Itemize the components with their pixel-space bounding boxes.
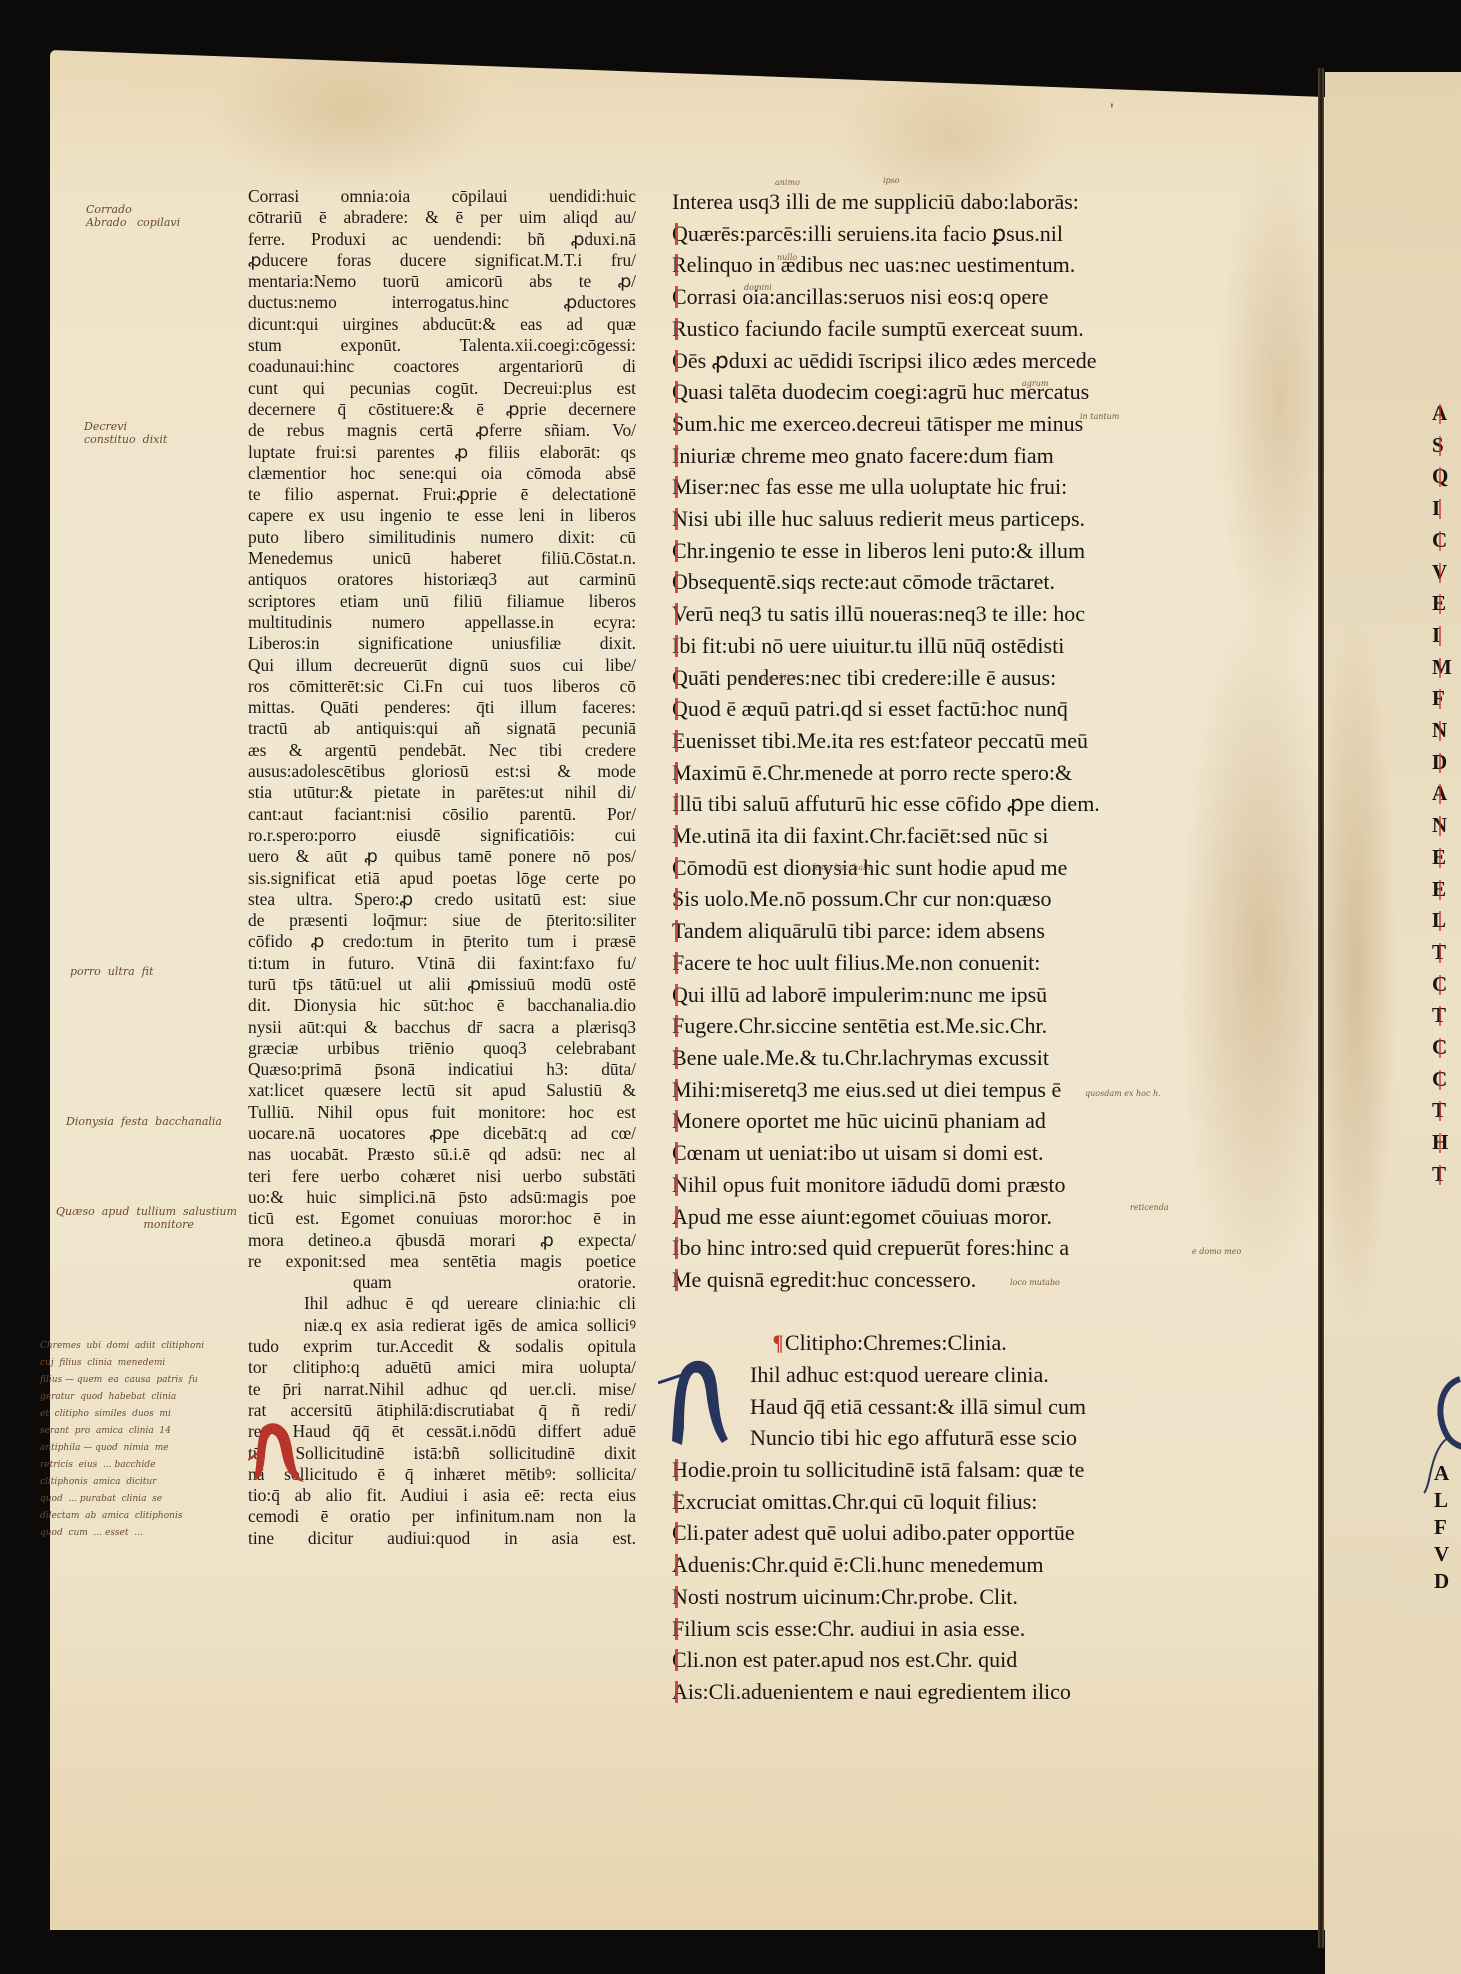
verse-line: Illū tibi saluū affuturū hic esse cōfido… [672, 788, 1192, 820]
rubrication-stroke [675, 1269, 678, 1291]
right-page-line-initial: L [1432, 905, 1461, 937]
verse-line: Monere oportet me hūc uicinū phaniam ad [672, 1105, 1192, 1137]
verse-text: Maximū ē.Chr.menede at porro recte spero… [672, 760, 1072, 785]
commentary-line: mentaria:Nemo tuorū amicorū abs te ꝓ/ [248, 271, 636, 292]
rubrication-stroke [675, 381, 678, 403]
rubrication-stroke [675, 286, 678, 308]
verse-line: Ais:Cli.aduenientem e naui egredientem i… [672, 1676, 1192, 1708]
commentary-line: Corrasi omnia:oia cōpilaui uendidi:huic [248, 186, 636, 207]
commentary-line: dit. Dionysia hic sūt:hoc ē bacchanalia.… [248, 995, 636, 1016]
rubrication-stroke [675, 1110, 678, 1132]
verse-line: Chr.ingenio te esse in liberos leni puto… [672, 535, 1192, 567]
commentary-line: uero & aūt ꝓ quibus tamē ponere nō pos/ [248, 846, 636, 867]
verse-text: Verū neq3 tu satis illū noueras:neq3 te … [672, 601, 1085, 626]
interlinear-gloss: loco mutabo [1010, 1278, 1060, 1287]
right-page-line-initial: A [1432, 778, 1461, 810]
rubrication-stroke [675, 1015, 678, 1037]
commentary-line: cemodi ē oratio per infinitum.nam non la [248, 1506, 636, 1527]
commentary-line: decernere q̄ cōstituere:& ē ꝓprie decern… [248, 399, 636, 420]
rubrication-stroke [675, 762, 678, 784]
right-page-line-initial: D [1434, 1568, 1461, 1595]
interlinear-gloss: in tantum [1080, 412, 1119, 421]
right-page-line-initial: L [1434, 1487, 1461, 1514]
verse-text: Apud me esse aiunt:egomet cōuiuas moror. [672, 1204, 1052, 1229]
verse-line: Interea usq3 illi de me suppliciū dabo:l… [672, 186, 1192, 218]
verse-line: Hodie.proin tu sollicitudinē istā falsam… [672, 1454, 1192, 1486]
rubrication-stroke [675, 1206, 678, 1228]
rubrication-stroke [675, 508, 678, 530]
right-page-line-initial: T [1432, 937, 1461, 969]
verse-text: Illū tibi saluū affuturū hic esse cōfido… [672, 791, 1100, 816]
verse-text: Ibo hinc intro:sed quid crepuerūt fores:… [672, 1235, 1069, 1260]
rubrication-stroke [675, 793, 678, 815]
commentary-line: de rebus magnis certā ꝓferre sñiam. Vo/ [248, 420, 636, 441]
commentary-line: niæ.q ex asia redierat igēs de amica sol… [248, 1315, 636, 1336]
commentary-line: mora detineo.a q̄busdā morari ꝓ expecta/ [248, 1230, 636, 1251]
commentary-line: clæmentior hoc sene:qui oia cōmoda absē [248, 463, 636, 484]
right-page-line-initial: E [1432, 842, 1461, 874]
commentary-line: uocare.nā uocatores ꝓpe dicebāt:q ad cœ/ [248, 1123, 636, 1144]
right-page-line-initial: A [1434, 1460, 1461, 1487]
commentary-line: tū: Sollicitudinē istā:bñ sollicitudinē … [248, 1443, 636, 1464]
rubrication-stroke [675, 1554, 678, 1576]
right-page-line-initial: N [1432, 810, 1461, 842]
verse-text: Bene uale.Me.& tu.Chr.lachrymas excussit [672, 1045, 1049, 1070]
right-page-line-initial: C [1432, 525, 1461, 557]
verse-line: Fugere.Chr.siccine sentētia est.Me.sic.C… [672, 1010, 1192, 1042]
verse-line: Me.utinā ita dii faxint.Chr.faciēt:sed n… [672, 820, 1192, 852]
verse-text: Qui illū ad laborē impulerim:nunc me ips… [672, 982, 1047, 1007]
marginal-note: Chremes ubi domi adiit clitiphoni cuj fi… [40, 1338, 204, 1542]
verse-line: Facere te hoc uult filius.Me.non conueni… [672, 947, 1192, 979]
commentary-line: Qui illum decreuerūt dignū suos cui libe… [248, 655, 636, 676]
verse-line: Nuncio tibi hic ego affuturā esse scio [672, 1422, 1192, 1454]
verse-text: Quāti penderes:nec tibi credere:ille ē a… [672, 665, 1056, 690]
verse-line: Sis uolo.Me.nō possum.Chr cur non:quæso [672, 883, 1192, 915]
rubrication-stroke [675, 571, 678, 593]
verse-line: Ibi fit:ubi nō uere uiuitur.tu illū nūq̄… [672, 630, 1192, 662]
verse-line: Nosti nostrum uicinum:Chr.probe. Clit. [672, 1581, 1192, 1613]
right-page-line-initial: H [1432, 1127, 1461, 1159]
marginal-note: porro ultra fit [70, 965, 153, 978]
verse-text: Quod ē æquū patri.qd si esset factū:hoc … [672, 696, 1068, 721]
commentary-line: nā sollicitudo ē q̄ inhæret mētibꝰ: soll… [248, 1464, 636, 1485]
right-page-line-initial: S [1432, 430, 1461, 462]
commentary-line: re exponit:sed mea sentētia magis poetic… [248, 1251, 636, 1272]
rubrication-stroke [675, 1459, 678, 1481]
rubrication-stroke [675, 1491, 678, 1513]
verse-text: Chr.ingenio te esse in liberos leni puto… [672, 538, 1085, 563]
interlinear-gloss: ipso [883, 176, 900, 185]
verse-line: Cōmodū est dionysia hic sunt hodie apud … [672, 852, 1192, 884]
interlinear-gloss: quosdam ex hoc h. [1085, 1089, 1161, 1098]
rubrication-stroke [675, 603, 678, 625]
commentary-line: ductus:nemo interrogatus.hinc ꝓductores [248, 292, 636, 313]
commentary-line: ꝓducere foras ducere significat.M.T.i fr… [248, 250, 636, 271]
verse-line: Haud q̄q̄ etiā cessant:& illā simul cum [672, 1391, 1192, 1423]
right-page-line-initial: V [1434, 1541, 1461, 1568]
rubrication-stroke [675, 318, 678, 340]
verse-line: Apud me esse aiunt:egomet cōuiuas moror. [672, 1201, 1192, 1233]
rubrication-stroke [675, 1618, 678, 1640]
verse-text: Iniuriæ chreme meo gnato facere:dum fiam [672, 443, 1054, 468]
verse-line: Tandem aliquārulū tibi parce: idem absen… [672, 915, 1192, 947]
interlinear-gloss: festa bacchalia [812, 863, 873, 872]
verse-line: Me quisnā egredit:huc concessero. [672, 1264, 1192, 1296]
right-page-line-initial: I [1432, 493, 1461, 525]
rubrication-stroke [675, 413, 678, 435]
right-page-line-initial: E [1432, 588, 1461, 620]
commentary-line: tio:q̄ ab alio fit. Audiui i asia eē: re… [248, 1485, 636, 1506]
commentary-line: cōtrariū ē abradere: & ē per uim aliqd a… [248, 207, 636, 228]
verse-text: Cli.non est pater.apud nos est.Chr. quid [672, 1647, 1017, 1672]
rubrication-stroke [675, 635, 678, 657]
verse-text: Monere oportet me hūc uicinū phaniam ad [672, 1108, 1046, 1133]
right-page-line-initial: C [1432, 1064, 1461, 1096]
commentary-line: sis.significat etiā apud poetas lōge cer… [248, 868, 636, 889]
verse-text: Tandem aliquārulū tibi parce: idem absen… [672, 918, 1045, 943]
commentary-line: de præsenti loq̄mur: siue de p̄terito:si… [248, 910, 636, 931]
verse-line: Quasi talēta duodecim coegi:agrū huc mer… [672, 376, 1192, 408]
commentary-line: teri fere uerbo cohæret nisi uerbo subst… [248, 1166, 636, 1187]
verse-text: Euenisset tibi.Me.ita res est:fateor pec… [672, 728, 1088, 753]
rubrication-stroke [675, 984, 678, 1006]
rubrication-stroke [675, 667, 678, 689]
verse-line: Cœnam ut ueniat:ibo ut uisam si domi est… [672, 1137, 1192, 1169]
commentary-line: dicunt:qui uirgines abducūt:& eas ad quæ [248, 314, 636, 335]
verse-line: Cli.non est pater.apud nos est.Chr. quid [672, 1644, 1192, 1676]
right-page-line-initial: T [1432, 1000, 1461, 1032]
commentary-line: cant:aut faciant:nisi cōsilio parentū. P… [248, 804, 636, 825]
commentary-line: ret. Haud q̄q̄ ēt cessāt.i.nōdū differt … [248, 1421, 636, 1442]
commentary-column: Corrasi omnia:oia cōpilaui uendidi:huicc… [248, 186, 636, 1549]
verse-line: Euenisset tibi.Me.ita res est:fateor pec… [672, 725, 1192, 757]
rubrication-stroke [675, 1522, 678, 1544]
verse-line: Nihil opus fuit monitore iādudū domi præ… [672, 1169, 1192, 1201]
verse-text: Obsequentē.siqs recte:aut cōmode trāctar… [672, 569, 1055, 594]
verse-text: Fugere.Chr.siccine sentētia est.Me.sic.C… [672, 1013, 1047, 1038]
verse-line: Iniuriæ chreme meo gnato facere:dum fiam [672, 440, 1192, 472]
verse-text: Nisi ubi ille huc saluus redierit meus p… [672, 506, 1085, 531]
commentary-line: Tulliū. Nihil opus fuit monitore: hoc es… [248, 1102, 636, 1123]
commentary-line: græciæ urbibus triēnio quoq3 celebrabant [248, 1038, 636, 1059]
verse-text: Hodie.proin tu sollicitudinē istā falsam… [672, 1457, 1084, 1482]
verse-line: Aduenis:Chr.quid ē:Cli.hunc menedemum [672, 1549, 1192, 1581]
commentary-line: tine dicitur audiui:quod in asia est. [248, 1528, 636, 1549]
commentary-line: luptate frui:si parentes ꝓ filiis elabor… [248, 442, 636, 463]
rubrication-stroke [675, 1649, 678, 1671]
interlinear-gloss: reticenda [1130, 1203, 1169, 1212]
rubrication-stroke [675, 825, 678, 847]
verse-text: Rustico faciundo facile sumptū exerceat … [672, 316, 1084, 341]
commentary-line: turū tp̄s tātū:uel ut alii ꝓmissiuū modū… [248, 974, 636, 995]
verse-line: Verū neq3 tu satis illū noueras:neq3 te … [672, 598, 1192, 630]
verse-line: Miser:nec fas esse me ulla uoluptate hic… [672, 471, 1192, 503]
marginal-note: Quæso apud tullium salustium monitore [56, 1205, 237, 1231]
verse-text: Miser:nec fas esse me ulla uoluptate hic… [672, 474, 1067, 499]
commentary-line: æs & argentū pendebāt. Nec tibi credere [248, 740, 636, 761]
rubrication-stroke [675, 476, 678, 498]
commentary-line: ro.r.spero:porro eiusdē significatiōis: … [248, 825, 636, 846]
verse-text: Quærēs:parcēs:illi seruiens.ita facio ꝑs… [672, 221, 1063, 246]
rubrication-stroke [675, 1142, 678, 1164]
commentary-line: rat accersitū ātiphilā:discrutiabat q̄ ñ… [248, 1400, 636, 1421]
verse-line: Ihil adhuc est:quod uereare clinia. [672, 1359, 1192, 1391]
right-page-line-initial: T [1432, 1095, 1461, 1127]
commentary-line: stum exponūt. Talenta.xii.coegi:cōgessi: [248, 335, 636, 356]
right-page-line-initial: I [1432, 620, 1461, 652]
commentary-line: ferre. Produxi ac uendendi: bñ ꝓduxi.nā [248, 229, 636, 250]
marginal-note: Decrevi constituo dixit [84, 420, 167, 446]
verse-text: Ibi fit:ubi nō uere uiuitur.tu illū nūq̄… [672, 633, 1064, 658]
rubrication-stroke [675, 223, 678, 245]
scene-heading: ¶Clitipho:Chremes:Clinia. [672, 1327, 1192, 1359]
rubrication-stroke [675, 540, 678, 562]
commentary-line: cunt qui pecunias cogūt. Decreui:plus es… [248, 378, 636, 399]
rubrication-stroke [675, 254, 678, 276]
rubrication-stroke [675, 1586, 678, 1608]
verse-text: Facere te hoc uult filius.Me.non conueni… [672, 950, 1040, 975]
verse-text: Relinquo in ædibus nec uas:nec uestiment… [672, 252, 1075, 277]
commentary-line: Quæso:primā p̄sonā indicatiui h3: dūta/ [248, 1059, 636, 1080]
interlinear-gloss: nullo [777, 253, 797, 262]
verse-line: Cli.pater adest quē uolui adibo.pater op… [672, 1517, 1192, 1549]
verse-text: Cœnam ut ueniat:ibo ut uisam si domi est… [672, 1140, 1044, 1165]
rubrication-stroke [675, 350, 678, 372]
verse-text: Oēs ꝓduxi ac uēdidi īscripsi ilico ædes … [672, 348, 1097, 373]
rubrication-stroke [675, 920, 678, 942]
scene-heading-text: Clitipho:Chremes:Clinia. [785, 1330, 1007, 1355]
verse-line: Quod ē æquū patri.qd si esset factū:hoc … [672, 693, 1192, 725]
scene-block: ¶Clitipho:Chremes:Clinia.Ihil adhuc est:… [672, 1327, 1192, 1707]
verse-line: Ibo hinc intro:sed quid crepuerūt fores:… [672, 1232, 1192, 1264]
folio-mark: ' [1110, 102, 1114, 118]
interlinear-gloss: q: aug. q̄ti e [748, 673, 797, 682]
red-initial-n-icon [248, 1420, 304, 1484]
rubrication-stroke [675, 888, 678, 910]
commentary-line: stea ultra. Spero:ꝓ credo usitatū est: s… [248, 889, 636, 910]
rubrication-stroke [675, 1237, 678, 1259]
marginal-note: Dionysia festa bacchanalia [66, 1115, 222, 1128]
marginal-note: Corrado Abrado copilavi [86, 203, 180, 229]
rubrication-stroke [675, 1079, 678, 1101]
rubrication-stroke [675, 857, 678, 879]
rubrication-stroke [675, 1047, 678, 1069]
commentary-line: xat:licet quæsere lectū sit apud Salusti… [248, 1080, 636, 1101]
rubrication-stroke [675, 1681, 678, 1703]
commentary-line: nysii aūt:qui & bacchus dr̄ sacra a plær… [248, 1017, 636, 1038]
right-page-initials-column: ASQICVEIMFNDANEELTCTCCTHT [1432, 398, 1461, 1191]
interlinear-gloss: e domo meo [1192, 1247, 1241, 1256]
commentary-line: uo:& huic simplici.nā p̄sto adsū:magis p… [248, 1187, 636, 1208]
rubrication-stroke [675, 445, 678, 467]
verse-line: Oēs ꝓduxi ac uēdidi īscripsi ilico ædes … [672, 345, 1192, 377]
verse-text: Aduenis:Chr.quid ē:Cli.hunc menedemum [672, 1552, 1044, 1577]
commentary-line: stia utūtur:& pietate in parētes:ut nihi… [248, 782, 636, 803]
verse-line: Quærēs:parcēs:illi seruiens.ita facio ꝑs… [672, 218, 1192, 250]
verse-text: Excruciat omittas.Chr.qui cū loquit fili… [672, 1489, 1037, 1514]
rubrication-stroke [675, 1174, 678, 1196]
commentary-line: nas uocabāt. Præsto sū.i.ē qd adsū: nec … [248, 1144, 636, 1165]
commentary-line: Liberos:in significatione uniusfiliæ dix… [248, 633, 636, 654]
right-page-line-initial: M [1432, 652, 1461, 684]
verse-text: Interea usq3 illi de me suppliciū dabo:l… [672, 189, 1079, 214]
commentary-line: puto libero similitudinis numero dixit: … [248, 527, 636, 548]
right-page-line-initial: C [1432, 969, 1461, 1001]
commentary-line: ros cōmitterēt:sic Ci.Fn cui tuos libero… [248, 676, 636, 697]
commentary-line: Ihil adhuc ē qd uereare clinia:hic cli [248, 1293, 636, 1314]
main-text-column: Interea usq3 illi de me suppliciū dabo:l… [672, 186, 1192, 1327]
commentary-line: te filio aspernat. Frui:ꝓprie ē delectat… [248, 484, 636, 505]
verse-line: Relinquo in ædibus nec uas:nec uestiment… [672, 249, 1192, 281]
binding-gutter [1318, 68, 1324, 1948]
right-page-initials-column-lower: ALFVD [1434, 1460, 1461, 1595]
verse-line: Bene uale.Me.& tu.Chr.lachrymas excussit [672, 1042, 1192, 1074]
right-page-line-initial: Q [1432, 461, 1461, 493]
commentary-line: scriptores etiam unū filiū filiamue libe… [248, 591, 636, 612]
right-page-line-initial: E [1432, 874, 1461, 906]
right-page-line-initial: N [1432, 715, 1461, 747]
right-page-line-initial: F [1434, 1514, 1461, 1541]
verse-text: Corrasi oia:ancillas:seruos nisi eos:q o… [672, 284, 1048, 309]
commentary-line: quam oratorie. [248, 1272, 636, 1293]
right-page-line-initial: V [1432, 557, 1461, 589]
verse-text: Filium scis esse:Chr. audiui in asia ess… [672, 1616, 1025, 1641]
commentary-line: cōfido ꝓ credo:tum in p̄terito tum i præ… [248, 931, 636, 952]
commentary-line: te p̄ri narrat.Nihil adhuc qd uer.cli. m… [248, 1379, 636, 1400]
interlinear-gloss: domini [744, 283, 772, 292]
commentary-line: multitudinis numero appellasse.in ecyra: [248, 612, 636, 633]
commentary-line: antiquos oratores historiæq3 aut carminū [248, 569, 636, 590]
right-page-line-initial: C [1432, 1032, 1461, 1064]
right-page-line-initial: F [1432, 683, 1461, 715]
verse-text: Me.utinā ita dii faxint.Chr.faciēt:sed n… [672, 823, 1048, 848]
commentary-line: tractū ab antiquis:qui añ signatā pecuni… [248, 718, 636, 739]
right-page-line-initial: T [1432, 1159, 1461, 1191]
verse-text: Me quisnā egredit:huc concessero. [672, 1267, 976, 1292]
verse-line: Maximū ē.Chr.menede at porro recte spero… [672, 757, 1192, 789]
right-page-line-initial: D [1432, 747, 1461, 779]
commentary-line: Menedemus unicū haberet filiū.Cōstat.n. [248, 548, 636, 569]
commentary-line: capere ex usu ingenio te esse leni in li… [248, 505, 636, 526]
verse-line: Filium scis esse:Chr. audiui in asia ess… [672, 1613, 1192, 1645]
commentary-line: coadunaui:hinc coactores argentariorū di [248, 356, 636, 377]
verse-text: Nihil opus fuit monitore iādudū domi præ… [672, 1172, 1066, 1197]
paragraph-mark-icon: ¶ [773, 1327, 784, 1359]
verse-line: Rustico faciundo facile sumptū exerceat … [672, 313, 1192, 345]
verse-line: Obsequentē.siqs recte:aut cōmode trāctar… [672, 566, 1192, 598]
commentary-line: ti:tum in futuro. Vtinā dii faxint:faxo … [248, 953, 636, 974]
rubrication-stroke [675, 952, 678, 974]
verse-text: Nosti nostrum uicinum:Chr.probe. Clit. [672, 1584, 1018, 1609]
verse-line: Qui illū ad laborē impulerim:nunc me ips… [672, 979, 1192, 1011]
verse-text: Sis uolo.Me.nō possum.Chr cur non:quæso [672, 886, 1052, 911]
right-page-line-initial: A [1432, 398, 1461, 430]
commentary-line: ausus:adolescētibus gloriosū est:si & mo… [248, 761, 636, 782]
commentary-line: tor clitipho:q aduētū amici mira uolupta… [248, 1357, 636, 1378]
rubrication-stroke [675, 730, 678, 752]
commentary-line: ticū est. Egomet conuiuas moror:hoc ē in [248, 1208, 636, 1229]
commentary-line: mittas. Quāti penderes: q̄ti illum facer… [248, 697, 636, 718]
verse-line: Nisi ubi ille huc saluus redierit meus p… [672, 503, 1192, 535]
verse-text: Ais:Cli.aduenientem e naui egredientem i… [672, 1679, 1071, 1704]
verse-text: Sum.hic me exerceo.decreui tātisper me m… [672, 411, 1083, 436]
interlinear-gloss: animo [775, 178, 800, 187]
rubrication-stroke [675, 698, 678, 720]
interlinear-gloss: agrum [1022, 379, 1048, 388]
verse-text: Mihi:miseretq3 me eius.sed ut diei tempu… [672, 1077, 1061, 1102]
commentary-line: tudo exprim tur.Accedit & sodalis opitul… [248, 1336, 636, 1357]
verse-line: Excruciat omittas.Chr.qui cū loquit fili… [672, 1486, 1192, 1518]
verse-text: Cli.pater adest quē uolui adibo.pater op… [672, 1520, 1075, 1545]
blank-line [672, 1296, 1192, 1328]
